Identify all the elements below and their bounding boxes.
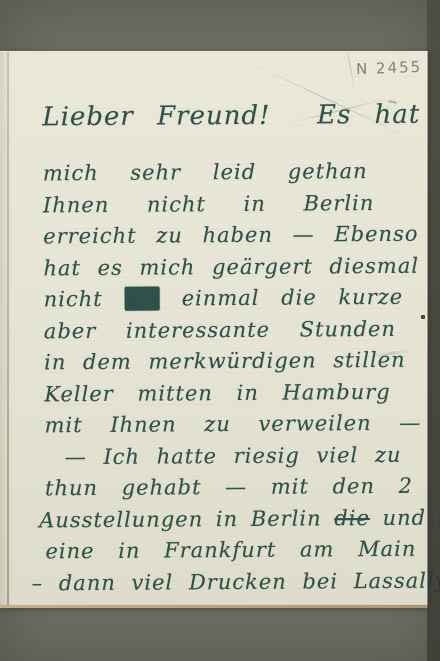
letter-line: mit Ihnen zu verweilen —	[44, 408, 424, 442]
letter-text: nicht	[44, 287, 125, 312]
letter-text: eine in Frankfurt am Main	[45, 537, 416, 564]
letter-line: eine in Frankfurt am Main	[45, 534, 425, 568]
letter-page: N 2455 Lieber Freund! Es hatmich sehr le…	[0, 51, 428, 605]
letter-text: – dann viel Drucken bei Lassally	[32, 568, 440, 595]
letter-line: thun gehabt — mit den 2	[45, 471, 425, 505]
letter-line: hat es mich geärgert diesmal	[43, 250, 423, 284]
letter-line: Keller mitten in Hamburg	[44, 376, 424, 410]
letter-text: mich sehr leid gethan	[43, 159, 368, 185]
letter-text: — Ich hatte riesig viel zu	[65, 442, 402, 468]
letter-text: hat es mich geärgert diesmal	[43, 253, 419, 280]
letter-text: Ihnen nicht in Berlin	[43, 191, 375, 217]
letter-text: thun gehabt — mit den 2	[45, 474, 413, 501]
letter-line: in dem merkwürdigen stillen	[44, 345, 424, 379]
letter-line: erreicht zu haben — Ebenso	[43, 219, 423, 253]
letter-text: in dem merkwürdigen stillen	[44, 348, 406, 375]
letter-text: mit Ihnen zu verweilen —	[44, 411, 421, 438]
letter-text: Keller mitten in Hamburg	[44, 379, 391, 405]
struck-word: die	[334, 506, 370, 530]
blotted-word: ein	[124, 287, 160, 311]
page-fold-edge	[7, 52, 9, 605]
letter-line: Lieber Freund! Es hat	[42, 98, 422, 135]
letter-line: – dann viel Drucken bei Lassally	[32, 565, 426, 599]
letter-line: Ihnen nicht in Berlin	[43, 187, 423, 221]
letter-line: mich sehr leid gethan	[43, 156, 423, 190]
letter-line: nicht ein einmal die kurze	[44, 282, 424, 316]
letter-body: Lieber Freund! Es hatmich sehr leid geth…	[42, 98, 425, 600]
letter-text: Lieber Freund! Es hat	[42, 100, 420, 133]
letter-text: aber interessante Stunden	[44, 316, 396, 342]
letter-text: einmal die kurze	[160, 285, 403, 311]
letter-line: Ausstellungen in Berlin die und die	[39, 502, 425, 536]
letter-text: Ausstellungen in Berlin	[39, 506, 334, 532]
letter-line: aber interessante Stunden	[44, 313, 424, 347]
letter-line: — Ich hatte riesig viel zu	[45, 439, 425, 473]
catalog-number: N 2455	[356, 58, 423, 78]
photo-backdrop: N 2455 Lieber Freund! Es hatmich sehr le…	[0, 0, 440, 661]
letter-text: erreicht zu haben — Ebenso	[43, 222, 418, 249]
paper-crease	[344, 35, 355, 94]
backdrop-shadow-edge	[427, 0, 440, 661]
